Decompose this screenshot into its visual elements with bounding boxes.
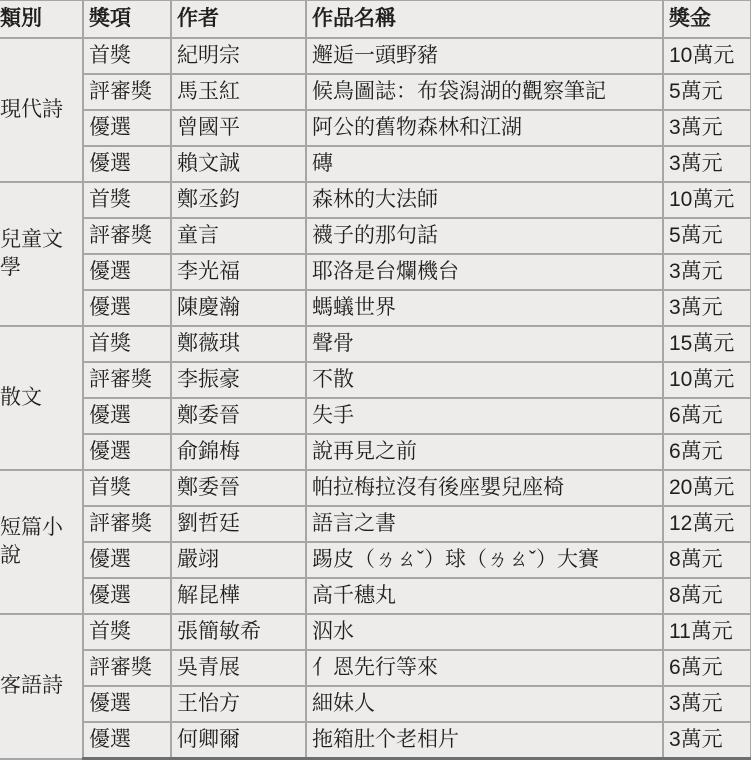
award-cell: 評審獎 <box>83 650 171 686</box>
author-cell: 紀明宗 <box>171 38 306 74</box>
prize-cell: 3萬元 <box>663 146 751 182</box>
award-cell: 優選 <box>83 290 171 326</box>
table-row: 優選李光福耶洛是台爛機台3萬元 <box>0 254 751 290</box>
award-cell: 優選 <box>83 434 171 470</box>
award-cell: 首獎 <box>83 38 171 74</box>
prize-cell: 3萬元 <box>663 722 751 759</box>
header-row: 類別 獎項 作者 作品名稱 獎金 <box>0 0 751 38</box>
author-cell: 賴文誠 <box>171 146 306 182</box>
title-cell: 邂逅一頭野豬 <box>306 38 663 74</box>
title-cell: 不散 <box>306 362 663 398</box>
prize-cell: 8萬元 <box>663 578 751 614</box>
prize-cell: 6萬元 <box>663 398 751 434</box>
award-cell: 優選 <box>83 254 171 290</box>
award-cell: 優選 <box>83 110 171 146</box>
table-row: 評審獎童言襪子的那句話5萬元 <box>0 218 751 254</box>
title-cell: 踢皮（ㄌㄠˇ）球（ㄌㄠˇ）大賽 <box>306 542 663 578</box>
author-cell: 何卿爾 <box>171 722 306 759</box>
category-cell: 兒童文學 <box>0 182 83 326</box>
title-cell: 森林的大法師 <box>306 182 663 218</box>
title-cell: 語言之書 <box>306 506 663 542</box>
award-cell: 優選 <box>83 146 171 182</box>
table-row: 優選賴文誠磚3萬元 <box>0 146 751 182</box>
table-body: 現代詩首獎紀明宗邂逅一頭野豬10萬元評審獎馬玉紅候鳥圖誌：布袋潟湖的觀察筆記5萬… <box>0 38 751 759</box>
table-row: 評審獎吳青展亻恩先行等來6萬元 <box>0 650 751 686</box>
title-cell: 拖箱肚个老相片 <box>306 722 663 759</box>
author-cell: 曾國平 <box>171 110 306 146</box>
prize-cell: 3萬元 <box>663 254 751 290</box>
table-header: 類別 獎項 作者 作品名稱 獎金 <box>0 0 751 38</box>
author-cell: 鄭薇琪 <box>171 326 306 362</box>
prize-cell: 10萬元 <box>663 182 751 218</box>
prize-cell: 6萬元 <box>663 434 751 470</box>
awards-table: 類別 獎項 作者 作品名稱 獎金 現代詩首獎紀明宗邂逅一頭野豬10萬元評審獎馬玉… <box>0 0 751 760</box>
author-cell: 陳慶瀚 <box>171 290 306 326</box>
award-cell: 首獎 <box>83 470 171 506</box>
prize-cell: 3萬元 <box>663 110 751 146</box>
title-cell: 說再見之前 <box>306 434 663 470</box>
award-cell: 評審獎 <box>83 218 171 254</box>
author-cell: 劉哲廷 <box>171 506 306 542</box>
table-row: 優選曾國平阿公的舊物森林和江湖3萬元 <box>0 110 751 146</box>
award-cell: 優選 <box>83 578 171 614</box>
table-row: 優選何卿爾拖箱肚个老相片3萬元 <box>0 722 751 759</box>
prize-cell: 3萬元 <box>663 686 751 722</box>
title-cell: 候鳥圖誌：布袋潟湖的觀察筆記 <box>306 74 663 110</box>
table-row: 現代詩首獎紀明宗邂逅一頭野豬10萬元 <box>0 38 751 74</box>
col-header-prize: 獎金 <box>663 0 751 38</box>
author-cell: 童言 <box>171 218 306 254</box>
title-cell: 螞蟻世界 <box>306 290 663 326</box>
col-header-author: 作者 <box>171 0 306 38</box>
table-row: 客語詩首獎張簡敏希泅水11萬元 <box>0 614 751 650</box>
table-row: 散文首獎鄭薇琪聲骨15萬元 <box>0 326 751 362</box>
author-cell: 王怡方 <box>171 686 306 722</box>
col-header-title: 作品名稱 <box>306 0 663 38</box>
prize-cell: 11萬元 <box>663 614 751 650</box>
category-cell: 客語詩 <box>0 614 83 759</box>
title-cell: 泅水 <box>306 614 663 650</box>
category-cell: 現代詩 <box>0 38 83 182</box>
award-cell: 評審獎 <box>83 362 171 398</box>
col-header-category: 類別 <box>0 0 83 38</box>
award-cell: 首獎 <box>83 614 171 650</box>
prize-cell: 5萬元 <box>663 74 751 110</box>
title-cell: 帕拉梅拉沒有後座嬰兒座椅 <box>306 470 663 506</box>
author-cell: 鄭丞鈞 <box>171 182 306 218</box>
award-cell: 首獎 <box>83 326 171 362</box>
table-row: 優選陳慶瀚螞蟻世界3萬元 <box>0 290 751 326</box>
table-row: 評審獎劉哲廷語言之書12萬元 <box>0 506 751 542</box>
title-cell: 磚 <box>306 146 663 182</box>
prize-cell: 12萬元 <box>663 506 751 542</box>
title-cell: 耶洛是台爛機台 <box>306 254 663 290</box>
author-cell: 鄭委晉 <box>171 398 306 434</box>
title-cell: 細妹人 <box>306 686 663 722</box>
table-row: 優選俞錦梅說再見之前6萬元 <box>0 434 751 470</box>
table-row: 優選王怡方細妹人3萬元 <box>0 686 751 722</box>
award-cell: 優選 <box>83 542 171 578</box>
table-row: 評審獎馬玉紅候鳥圖誌：布袋潟湖的觀察筆記5萬元 <box>0 74 751 110</box>
author-cell: 俞錦梅 <box>171 434 306 470</box>
author-cell: 吳青展 <box>171 650 306 686</box>
title-cell: 高千穗丸 <box>306 578 663 614</box>
table-row: 優選鄭委晉失手6萬元 <box>0 398 751 434</box>
table-row: 兒童文學首獎鄭丞鈞森林的大法師10萬元 <box>0 182 751 218</box>
author-cell: 解昆樺 <box>171 578 306 614</box>
award-cell: 評審獎 <box>83 506 171 542</box>
author-cell: 張簡敏希 <box>171 614 306 650</box>
award-cell: 優選 <box>83 722 171 759</box>
col-header-award: 獎項 <box>83 0 171 38</box>
award-cell: 評審獎 <box>83 74 171 110</box>
award-cell: 首獎 <box>83 182 171 218</box>
prize-cell: 15萬元 <box>663 326 751 362</box>
prize-cell: 5萬元 <box>663 218 751 254</box>
title-cell: 襪子的那句話 <box>306 218 663 254</box>
table-row: 優選嚴翊踢皮（ㄌㄠˇ）球（ㄌㄠˇ）大賽8萬元 <box>0 542 751 578</box>
prize-cell: 6萬元 <box>663 650 751 686</box>
author-cell: 馬玉紅 <box>171 74 306 110</box>
author-cell: 李光福 <box>171 254 306 290</box>
category-cell: 散文 <box>0 326 83 470</box>
table-row: 短篇小說首獎鄭委晉帕拉梅拉沒有後座嬰兒座椅20萬元 <box>0 470 751 506</box>
title-cell: 阿公的舊物森林和江湖 <box>306 110 663 146</box>
title-cell: 亻恩先行等來 <box>306 650 663 686</box>
prize-cell: 3萬元 <box>663 290 751 326</box>
prize-cell: 10萬元 <box>663 38 751 74</box>
title-cell: 失手 <box>306 398 663 434</box>
author-cell: 嚴翊 <box>171 542 306 578</box>
prize-cell: 8萬元 <box>663 542 751 578</box>
award-cell: 優選 <box>83 686 171 722</box>
category-cell: 短篇小說 <box>0 470 83 614</box>
title-cell: 聲骨 <box>306 326 663 362</box>
prize-cell: 20萬元 <box>663 470 751 506</box>
page-viewport: 類別 獎項 作者 作品名稱 獎金 現代詩首獎紀明宗邂逅一頭野豬10萬元評審獎馬玉… <box>0 0 751 768</box>
award-cell: 優選 <box>83 398 171 434</box>
prize-cell: 10萬元 <box>663 362 751 398</box>
author-cell: 李振豪 <box>171 362 306 398</box>
table-row: 優選解昆樺高千穗丸8萬元 <box>0 578 751 614</box>
table-row: 評審獎李振豪不散10萬元 <box>0 362 751 398</box>
author-cell: 鄭委晉 <box>171 470 306 506</box>
